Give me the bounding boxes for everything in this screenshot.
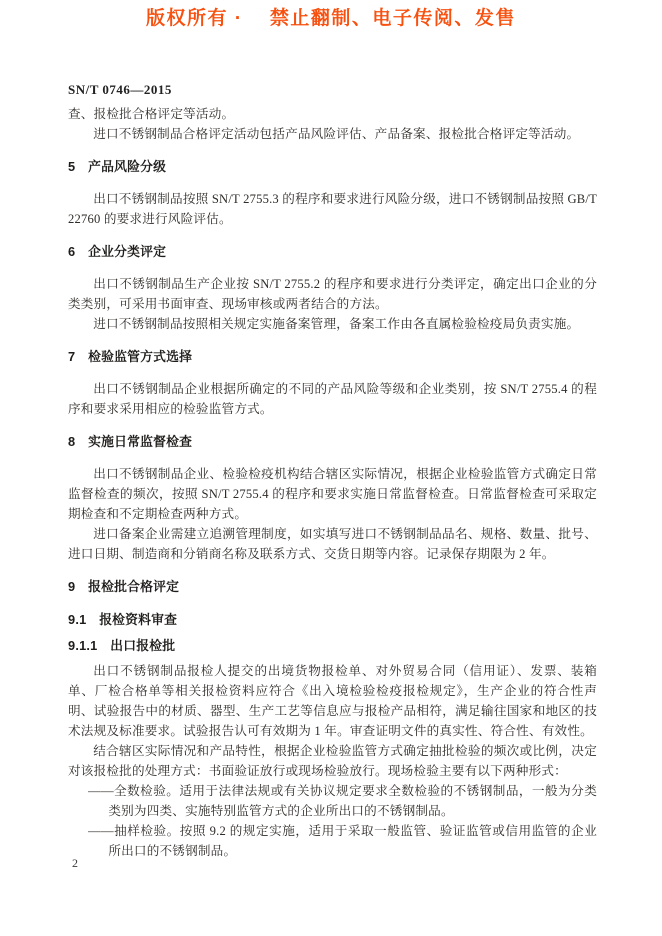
body-paragraph: 出口不锈钢制品报检人提交的出境货物报检单、对外贸易合同（信用证）、发票、装箱单、… (68, 661, 597, 741)
heading-number: 9 (68, 579, 75, 594)
heading-number: 9.1 (68, 612, 86, 627)
body-paragraph: 进口备案企业需建立追溯管理制度，如实填写进口不锈钢制品品名、规格、数量、批号、进… (68, 524, 597, 564)
copyright-notice: 版权所有 · 禁止翻制、电子传阅、发售 (0, 3, 662, 30)
heading-title: 实施日常监督检查 (88, 434, 192, 449)
heading-number: 7 (68, 349, 75, 364)
document-page: 版权所有 · 禁止翻制、电子传阅、发售 SN/T 0746—2015 查、报检批… (0, 0, 662, 936)
body-paragraph: 出口不锈钢制品按照 SN/T 2755.3 的程序和要求进行风险分级，进口不锈钢… (68, 189, 597, 229)
section-heading-6: 6企业分类评定 (68, 242, 597, 262)
heading-number: 8 (68, 434, 75, 449)
body-paragraph: 出口不锈钢制品企业、检验检疫机构结合辖区实际情况，根据企业检验监管方式确定日常监… (68, 464, 597, 524)
body-paragraph: 结合辖区实际情况和产品特性，根据企业检验监管方式确定抽批检验的频次或比例，决定对… (68, 741, 597, 781)
body-paragraph: 进口不锈钢制品合格评定活动包括产品风险评估、产品备案、报检批合格评定等活动。 (68, 124, 597, 144)
heading-title: 报检资料审查 (99, 612, 177, 627)
heading-number: 9.1.1 (68, 638, 97, 653)
document-body: 查、报检批合格评定等活动。进口不锈钢制品合格评定活动包括产品风险评估、产品备案、… (68, 104, 597, 861)
dash-list-item: ——全数检验。适用于法律法规或有关协议规定要求全数检验的不锈钢制品，一般为分类类… (68, 781, 597, 821)
body-paragraph: 出口不锈钢制品企业根据所确定的不同的产品风险等级和企业类别，按 SN/T 275… (68, 379, 597, 419)
body-paragraph: 出口不锈钢制品生产企业按 SN/T 2755.2 的程序和要求进行分类评定，确定… (68, 274, 597, 314)
section-heading-8: 8实施日常监督检查 (68, 432, 597, 452)
heading-title: 检验监管方式选择 (88, 349, 192, 364)
section-heading-7: 7检验监管方式选择 (68, 347, 597, 367)
heading-number: 6 (68, 244, 75, 259)
heading-title: 报检批合格评定 (88, 579, 179, 594)
section-heading-9: 9报检批合格评定 (68, 577, 597, 597)
heading-title: 企业分类评定 (88, 244, 166, 259)
body-paragraph: 查、报检批合格评定等活动。 (68, 104, 597, 124)
standard-code: SN/T 0746—2015 (68, 82, 172, 98)
heading-number: 5 (68, 159, 75, 174)
section-heading-5: 5产品风险分级 (68, 157, 597, 177)
heading-title: 产品风险分级 (88, 159, 166, 174)
section-heading-9.1: 9.1报检资料审查 (68, 610, 597, 630)
dash-list-item: ——抽样检验。按照 9.2 的规定实施，适用于采取一般监管、验证监管或信用监管的… (68, 821, 597, 861)
page-number: 2 (72, 856, 78, 871)
section-heading-9.1.1: 9.1.1出口报检批 (68, 636, 597, 656)
body-paragraph: 进口不锈钢制品按照相关规定实施备案管理，备案工作由各直属检验检疫局负责实施。 (68, 314, 597, 334)
heading-title: 出口报检批 (110, 638, 175, 653)
